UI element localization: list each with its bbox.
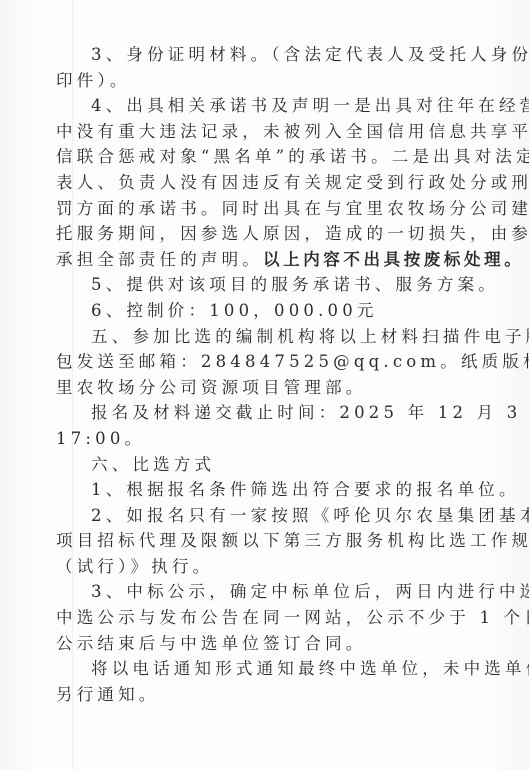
method-item-2-line: 项目招标代理及限额以下第三方服务机构比选工作规则 [56,528,478,554]
item-4-commitment-line: 信联合惩戒对象“黑名单”的承诺书。二是出具对法定代 [56,144,478,170]
statement-text: 承担全部责任的声明。 [56,250,263,269]
method-item-1: 1、根据报名条件筛选出符合要求的报名单位。 [56,477,478,503]
item-6-control-price: 6、控制价：100，000.00元 [56,298,478,324]
item-5-service-plan: 5、提供对该项目的服务承诺书、服务方案。 [56,272,478,298]
deadline: 报名及材料递交截止时间：2025 年 12 月 3 日下午 [56,400,478,426]
deadline-time: 17:00。 [56,426,478,452]
method-item-3-end: 公示结束后与中选单位签订合同。 [56,631,478,657]
section-5-submission: 五、参加比选的编制机构将以上材料扫描件电子版打 [56,324,478,350]
disqualification-warning: 以上内容不出具按废标处理。 [263,250,524,269]
item-3-identity-docs: 3、身份证明材料。（含法定代表人及受托人身份证复 [56,42,478,68]
submission-line: 里农牧场分公司资源项目管理部。 [56,375,478,401]
submission-email-line: 包发送至邮箱：284847525@qq.com。纸质版材料邮寄至宜 [56,349,478,375]
item-3-identity-docs-cont: 印件）。 [56,68,478,94]
method-item-3-line: 中选公示与发布公告在同一网站，公示不少于 1 个日历天。 [56,605,478,631]
document-page: 3、身份证明材料。（含法定代表人及受托人身份证复 印件）。 4、出具相关承诺书及… [0,0,529,770]
notification: 将以电话通知形式通知最终中选单位，未中选单位不 [56,656,478,682]
item-4-commitment: 4、出具相关承诺书及声明一是出具对往年在经营活动 [56,93,478,119]
item-4-commitment-end: 承担全部责任的声明。以上内容不出具按废标处理。 [56,247,478,273]
section-6-heading: 六、比选方式 [56,452,478,478]
method-item-2-end: （试行）》执行。 [56,554,478,580]
document-body: 3、身份证明材料。（含法定代表人及受托人身份证复 印件）。 4、出具相关承诺书及… [56,42,478,707]
item-4-commitment-line: 罚方面的承诺书。同时出具在与宜里农牧场分公司建立委 [56,196,478,222]
notification-end: 另行通知。 [56,682,478,708]
item-4-commitment-line: 表人、负责人没有因违反有关规定受到行政处分或刑事处 [56,170,478,196]
method-item-2: 2、如报名只有一家按照《呼伦贝尔农垦集团基本建设 [56,503,478,529]
method-item-3: 3、中标公示，确定中标单位后，两日内进行中选公示， [56,579,478,605]
item-4-commitment-line: 托服务期间，因参选人原因，造成的一切损失，由参选人 [56,221,478,247]
item-4-commitment-line: 中没有重大违法记录，未被列入全国信用信息共享平台失 [56,119,478,145]
